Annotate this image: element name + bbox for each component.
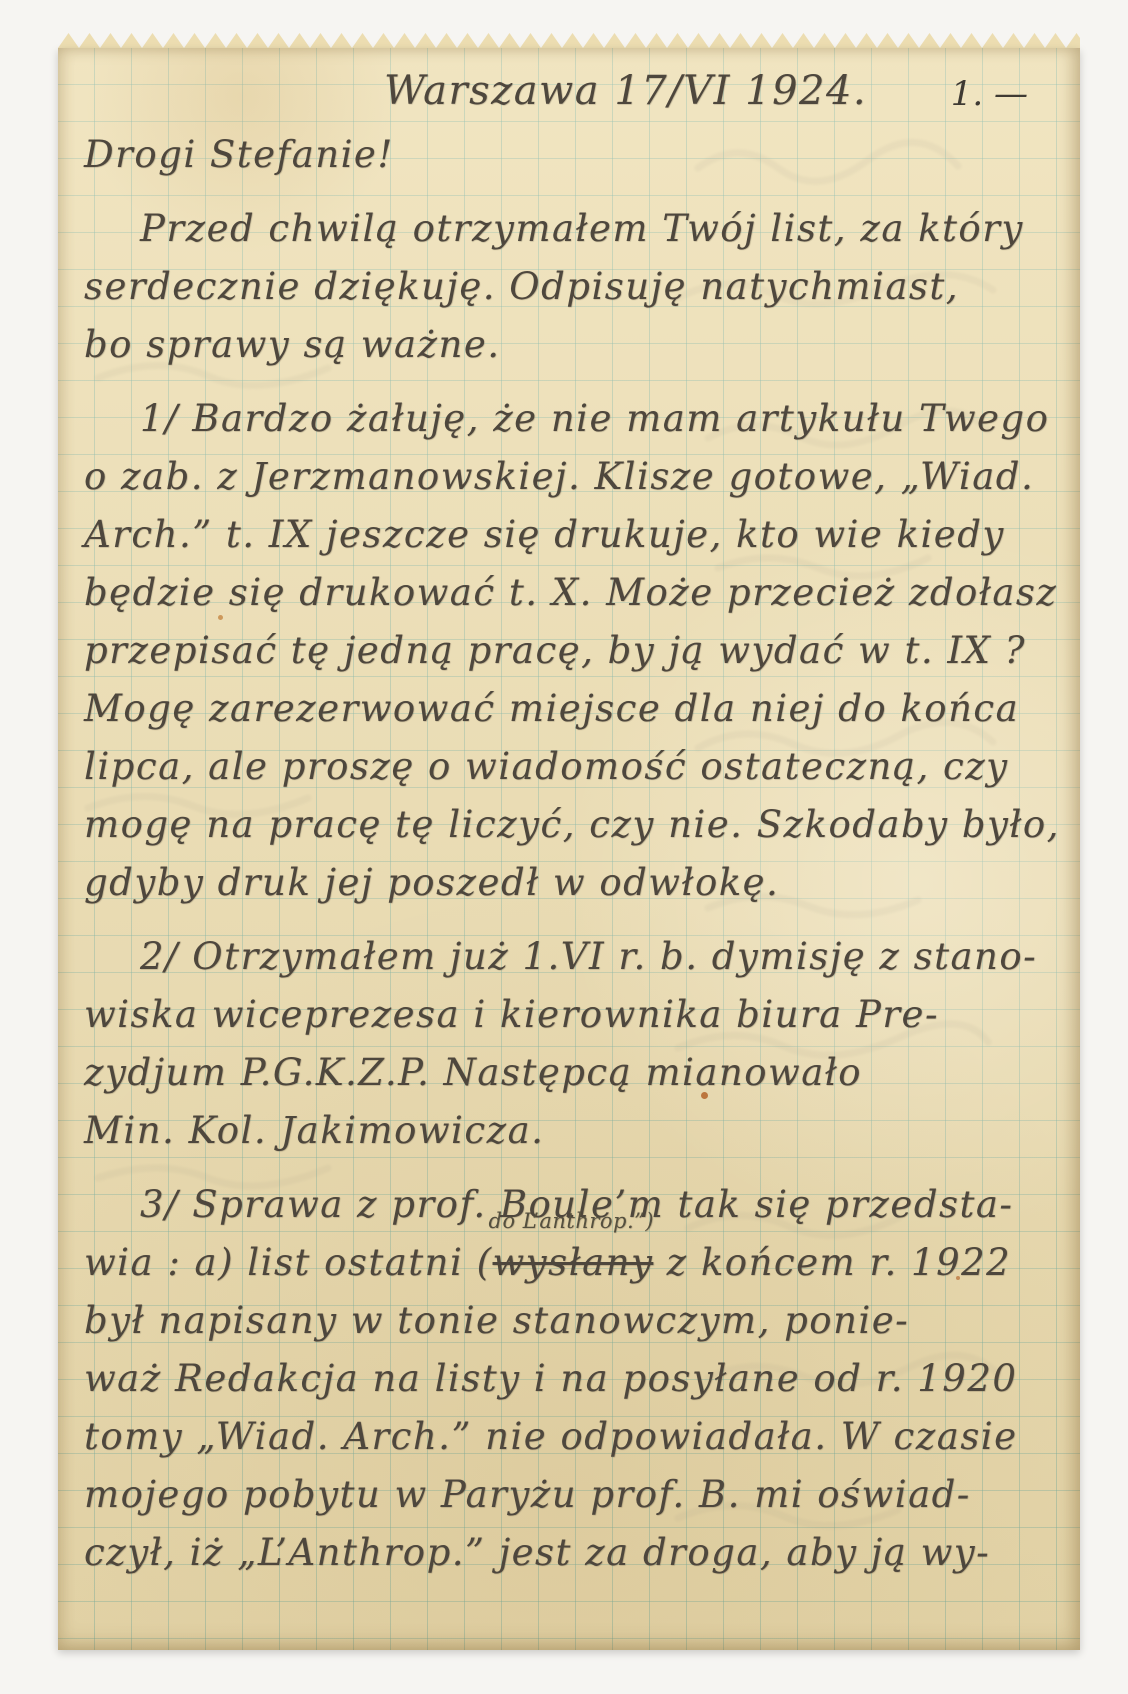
letter-line: Przed chwilą otrzymałem Twój list, za kt…: [84, 200, 1058, 258]
letter-line: wiska wiceprezesa i kierownika biura Pre…: [84, 986, 1058, 1044]
letter-line: był napisany w tonie stanowczym, ponie-: [84, 1292, 1058, 1350]
letter-line: 2/ Otrzymałem już 1.VI r. b. dymisję z s…: [84, 928, 1058, 986]
paragraph-2: 2/ Otrzymałem już 1.VI r. b. dymisję z s…: [84, 928, 1058, 1160]
paragraph-intro: Przed chwilą otrzymałem Twój list, za kt…: [84, 200, 1058, 374]
letter-line: mojego pobytu w Paryżu prof. B. mi oświa…: [84, 1466, 1058, 1524]
perforated-edge: [58, 30, 1080, 48]
page-number: 1. —: [951, 74, 1028, 114]
paragraph-1: 1/ Bardzo żałuję, że nie mam artykułu Tw…: [84, 390, 1058, 912]
interlinear-insertion: do L’anthrop.”): [489, 1192, 655, 1250]
letter-line: gdyby druk jej poszedł w odwłokę.: [84, 854, 1058, 912]
annotated-after: z końcem r. 1922: [653, 1241, 1011, 1284]
annotated-before: wia : a) list ostatni (: [84, 1241, 493, 1284]
letter-line: waż Redakcja na listy i na posyłane od r…: [84, 1350, 1058, 1408]
letter-line: 1/ Bardzo żałuję, że nie mam artykułu Tw…: [84, 390, 1058, 448]
letter-line: czył, iż „L’Anthrop.” jest za droga, aby…: [84, 1524, 1058, 1582]
letter-line: bo sprawy są ważne.: [84, 316, 1058, 374]
annotation-wrap: do L’anthrop.”)wysłany: [493, 1234, 654, 1292]
letter-line: zydjum P.G.K.Z.P. Następcą mianowało: [84, 1044, 1058, 1102]
letter-line: Arch.” t. IX jeszcze się drukuje, kto wi…: [84, 506, 1058, 564]
salutation: Drogi Stefanie!: [84, 126, 1058, 184]
letter-line-annotated: wia : a) list ostatni (do L’anthrop.”)wy…: [84, 1234, 1058, 1292]
scanned-letter-page: { "page_number": "1. —", "letter": { "da…: [0, 0, 1128, 1694]
letter-line: lipca, ale proszę o wiadomość ostateczną…: [84, 738, 1058, 796]
letter-line: serdecznie dziękuję. Odpisuję natychmias…: [84, 258, 1058, 316]
letter-line: przepisać tę jedną pracę, by ją wydać w …: [84, 622, 1058, 680]
letter-line: mogę na pracę tę liczyć, czy nie. Szkoda…: [84, 796, 1058, 854]
letter-line: Mogę zarezerwować miejsce dla niej do ko…: [84, 680, 1058, 738]
letter-line: Min. Kol. Jakimowicza.: [84, 1102, 1058, 1160]
graph-paper: 1. — Warszawa 17/VI 1924. Drogi Stefanie…: [58, 48, 1080, 1650]
letter-line: tomy „Wiad. Arch.” nie odpowiadała. W cz…: [84, 1408, 1058, 1466]
letter-sheet: 1. — Warszawa 17/VI 1924. Drogi Stefanie…: [58, 30, 1080, 1650]
letter-body: Warszawa 17/VI 1924. Drogi Stefanie! Prz…: [58, 48, 1080, 1582]
paragraph-3: 3/ Sprawa z prof. Boule’m tak się przeds…: [84, 1176, 1058, 1582]
letter-line: będzie się drukować t. X. Może przecież …: [84, 564, 1058, 622]
letter-line: o zab. z Jerzmanowskiej. Klisze gotowe, …: [84, 448, 1058, 506]
